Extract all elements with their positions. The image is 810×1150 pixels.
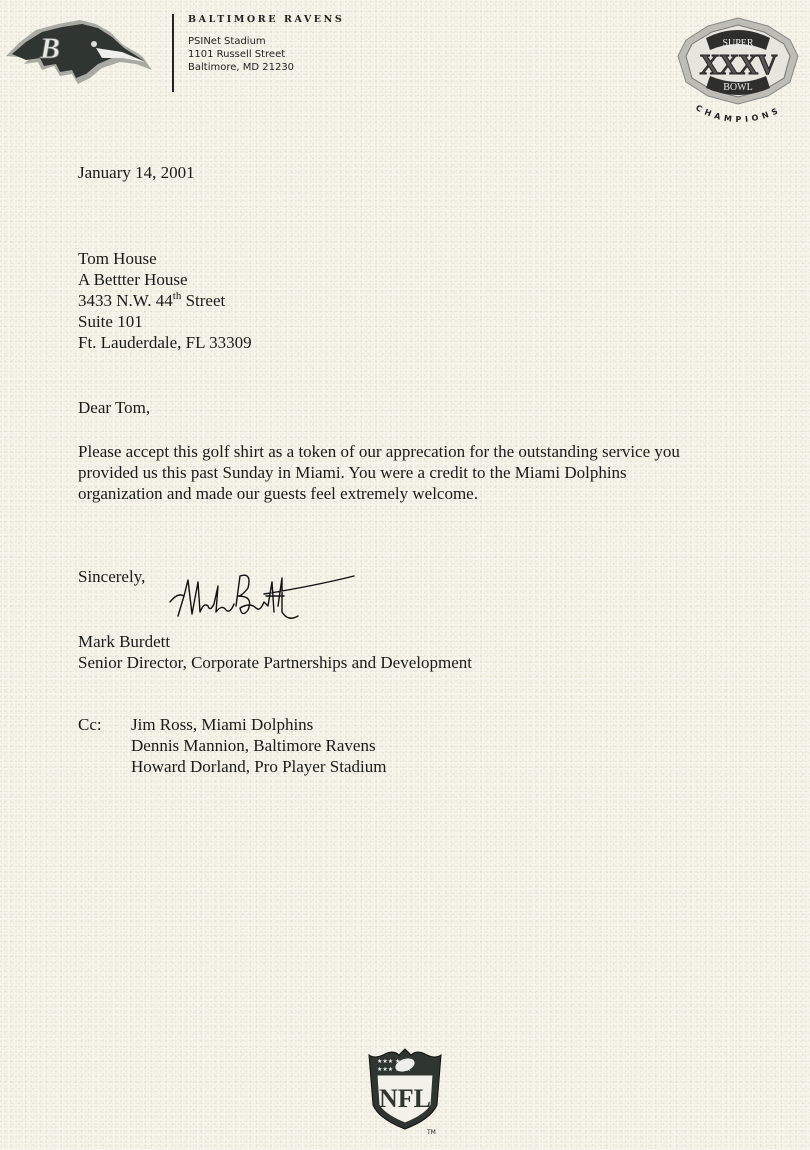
body-line: provided us this past Sunday in Miami. Y… (78, 462, 778, 483)
signature-icon (164, 566, 359, 626)
recipient-name: Tom House (78, 248, 252, 269)
super-bowl-champions-logo-icon: SUPER XXXV BOWL CHAMPIONS (668, 10, 808, 135)
salutation: Dear Tom, (78, 397, 150, 418)
cc-label: Cc: (78, 714, 102, 735)
svg-text:BOWL: BOWL (723, 82, 752, 93)
letterhead-divider (172, 14, 174, 92)
svg-text:CHAMPIONS: CHAMPIONS (694, 103, 783, 124)
cc-item: Howard Dorland, Pro Player Stadium (131, 756, 386, 777)
svg-text:SUPER: SUPER (722, 38, 753, 49)
cc-item: Jim Ross, Miami Dolphins (131, 714, 386, 735)
svg-text:TM: TM (426, 1129, 436, 1135)
ravens-logo-icon: B (2, 12, 154, 86)
address-line: PSINet Stadium (188, 35, 344, 48)
cc-list: Jim Ross, Miami Dolphins Dennis Mannion,… (131, 714, 386, 777)
body-line: Please accept this golf shirt as a token… (78, 441, 778, 462)
recipient-city: Ft. Lauderdale, FL 33309 (78, 332, 252, 353)
address-line: 1101 Russell Street (188, 48, 344, 61)
signer-block: Mark Burdett Senior Director, Corporate … (78, 631, 472, 673)
recipient-suite: Suite 101 (78, 311, 252, 332)
svg-text:B: B (39, 32, 60, 65)
signer-name: Mark Burdett (78, 631, 472, 652)
organization-name: BALTIMORE RAVENS (188, 14, 344, 25)
svg-text:NFL: NFL (379, 1084, 431, 1113)
recipient-company: A Bettter House (78, 269, 252, 290)
letter-body: Please accept this golf shirt as a token… (78, 441, 778, 504)
nfl-shield-logo-icon: ★★★ ★★★ ★★★ ★★★ NFL TM (365, 1045, 445, 1135)
letterhead: BALTIMORE RAVENS PSINet Stadium 1101 Rus… (188, 14, 344, 74)
signer-title: Senior Director, Corporate Partnerships … (78, 652, 472, 673)
recipient-street: 3433 N.W. 44th Street (78, 290, 252, 311)
body-line: organization and made our guests feel ex… (78, 483, 778, 504)
cc-item: Dennis Mannion, Baltimore Ravens (131, 735, 386, 756)
address-line: Baltimore, MD 21230 (188, 61, 344, 74)
closing: Sincerely, (78, 566, 145, 587)
street-prefix: 3433 N.W. 44 (78, 291, 173, 310)
letterhead-address: PSINet Stadium 1101 Russell Street Balti… (188, 35, 344, 74)
letter-date: January 14, 2001 (78, 162, 195, 183)
street-suffix: Street (181, 291, 225, 310)
recipient-address: Tom House A Bettter House 3433 N.W. 44th… (78, 248, 252, 353)
